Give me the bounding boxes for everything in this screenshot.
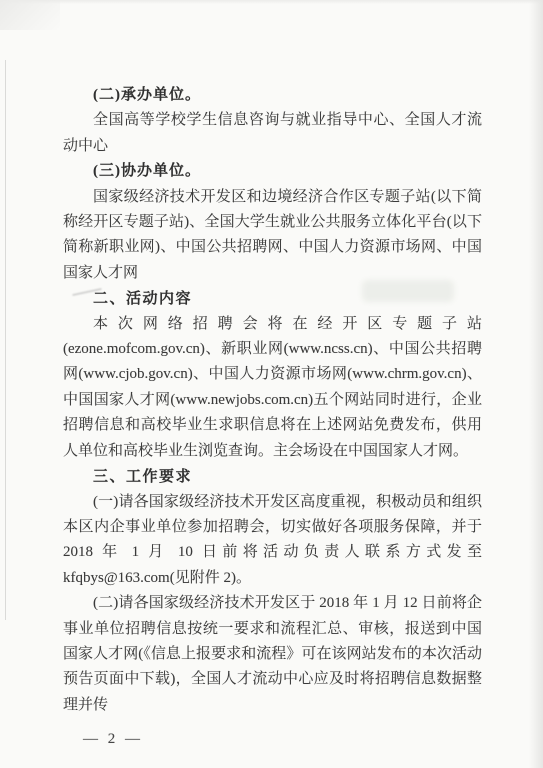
paragraph-co-organizing-unit-body: 国家级经济技术开发区和边境经济合作区专题子站(以下简称经开区专题子站)、全国大学… xyxy=(63,185,482,287)
heading-activity-content: 二、活动内容 xyxy=(63,286,482,311)
paragraph-work-requirement-1: (一)请各国家级经济技术开发区高度重视，积极动员和组织本区内企事业单位参加招聘会… xyxy=(63,490,482,592)
page-number: — 2 — xyxy=(83,727,482,752)
document-page: (二)承办单位。 全国高等学校学生信息咨询与就业指导中心、全国人才流动中心 (三… xyxy=(0,0,543,768)
subheading-co-organizing-unit: (三)协办单位。 xyxy=(63,159,482,184)
scan-edge-left-line xyxy=(5,60,6,620)
subheading-undertaking-unit: (二)承办单位。 xyxy=(63,83,482,108)
heading-work-requirements: 三、工作要求 xyxy=(63,464,482,489)
scan-edge-top xyxy=(0,0,543,4)
page-content: (二)承办单位。 全国高等学校学生信息咨询与就业指导中心、全国人才流动中心 (三… xyxy=(63,83,482,753)
scan-edge-right xyxy=(529,0,543,768)
paragraph-work-requirement-2: (二)请各国家级经济技术开发区于 2018 年 1 月 12 日前将企事业单位招… xyxy=(63,591,482,718)
scan-corner-shade xyxy=(0,0,60,30)
paragraph-activity-content-body: 本次网络招聘会将在经开区专题子站(ezone.mofcom.gov.cn)、新职… xyxy=(63,312,482,464)
paragraph-undertaking-unit-body: 全国高等学校学生信息咨询与就业指导中心、全国人才流动中心 xyxy=(63,108,482,159)
